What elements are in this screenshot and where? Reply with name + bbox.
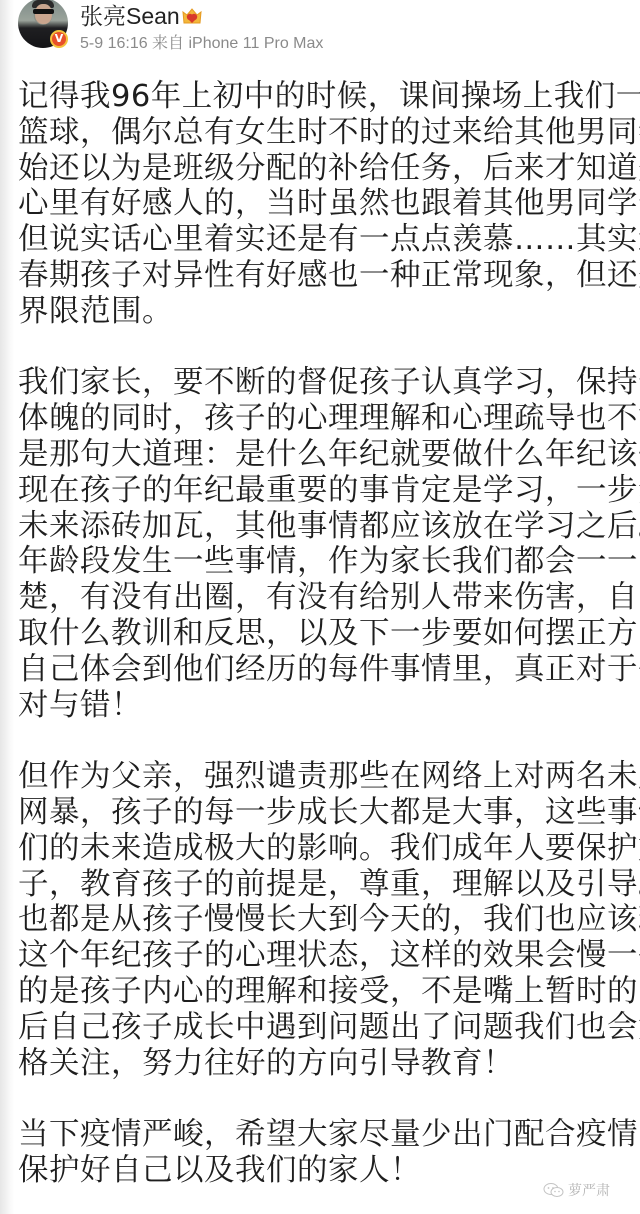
text-line: 春期孩子对异性有好感也一种正常现象，但还是要有一个: [18, 258, 628, 294]
text-line: 界限范围。: [18, 294, 628, 330]
text-line: 始还以为是班级分配的补给任务，后来才知道是送给自己: [18, 151, 628, 187]
post-header: V 张亮Sean 5-9 16:16 来自 iPhone 11 Pro Max: [0, 0, 640, 60]
text-line: 是那句大道理：是什么年纪就要做什么年纪该做的事情！: [18, 437, 628, 473]
verified-badge-icon: V: [50, 30, 68, 48]
paragraph-4: 当下疫情严峻，希望大家尽量少出门配合疫情防疫工作， 保护好自己以及我们的家人！: [18, 1117, 628, 1189]
text-line: 但作为父亲，强烈谴责那些在网络上对两名未成年孩子的: [18, 759, 628, 795]
paragraph-spacer: [18, 1081, 628, 1117]
text-line: 未来添砖加瓦，其他事情都应该放在学习之后。孩子任何: [18, 509, 628, 545]
text-line: 子，教育孩子的前提是，尊重，理解以及引导。毕竟我们: [18, 867, 628, 903]
left-edge-shadow: [0, 0, 14, 1214]
text-line: 体魄的同时，孩子的心理理解和心理疏导也不能忽视！还: [18, 401, 628, 437]
text-line: 篮球，偶尔总有女生时不时的过来给其他男同学送水，开: [18, 115, 628, 151]
paragraph-spacer: [18, 330, 628, 366]
text-line: 这个年纪孩子的心理状态，这样的效果会慢一些，但我要: [18, 938, 628, 974]
text-line: 对与错！: [18, 688, 628, 724]
text-line: 网暴，孩子的每一步成长大都是大事，这些事情都会对他: [18, 795, 628, 831]
post-meta: 5-9 16:16 来自 iPhone 11 Pro Max: [80, 33, 323, 55]
text-line: 格关注，努力往好的方向引导教育！: [18, 1046, 628, 1082]
watermark: 萝严肃: [543, 1180, 610, 1200]
text-line: 我们家长，要不断的督促孩子认真学习，保持一个健康的: [18, 365, 628, 401]
text-line: 当下疫情严峻，希望大家尽量少出门配合疫情防疫工作，: [18, 1117, 628, 1153]
text-line: 楚，有没有出圈，有没有给别人带来伤害，自己有没有吸: [18, 580, 628, 616]
crown-icon: [181, 6, 203, 25]
text-line: 现在孩子的年纪最重要的事肯定是学习，一步步为自己的: [18, 473, 628, 509]
text-line: 后自己孩子成长中遇到问题出了问题我们也会第一时间严: [18, 1010, 628, 1046]
text-line: 保护好自己以及我们的家人！: [18, 1153, 628, 1189]
post-body: 记得我96年上初中的时候，课间操场上我们一帮男孩子打 篮球，偶尔总有女生时不时的…: [18, 79, 628, 1189]
avatar-sunglasses: [33, 9, 54, 14]
paragraph-spacer: [18, 723, 628, 759]
author-name[interactable]: 张亮Sean: [80, 2, 180, 30]
text-line: 也都是从孩子慢慢长大到今天的，我们也应该理解和体会: [18, 902, 628, 938]
text-line: 取什么教训和反思，以及下一步要如何摆正方向，让他们: [18, 616, 628, 652]
text-line: 的是孩子内心的理解和接受，不是嘴上暂时的“服软”。最: [18, 974, 628, 1010]
watermark-text: 萝严肃: [568, 1180, 610, 1200]
text-line: 年龄段发生一些事情，作为家长我们都会一一的了解清: [18, 544, 628, 580]
paragraph-3: 但作为父亲，强烈谴责那些在网络上对两名未成年孩子的 网暴，孩子的每一步成长大都是…: [18, 759, 628, 1081]
avatar-face: [35, 4, 52, 24]
text-line: 记得我96年上初中的时候，课间操场上我们一帮男孩子打: [18, 79, 628, 115]
text-line: 心里有好感人的，当时虽然也跟着其他男同学一起起哄，: [18, 186, 628, 222]
wechat-icon: [543, 1182, 565, 1198]
text-line: 们的未来造成极大的影响。我们成年人要保护好每一个孩: [18, 831, 628, 867]
paragraph-1: 记得我96年上初中的时候，课间操场上我们一帮男孩子打 篮球，偶尔总有女生时不时的…: [18, 79, 628, 330]
text-line: 但说实话心里着实还是有一点点羡慕……其实这个年纪青: [18, 222, 628, 258]
paragraph-2: 我们家长，要不断的督促孩子认真学习，保持一个健康的 体魄的同时，孩子的心理理解和…: [18, 365, 628, 723]
text-line: 自己体会到他们经历的每件事情里，真正对于他们人生的: [18, 652, 628, 688]
